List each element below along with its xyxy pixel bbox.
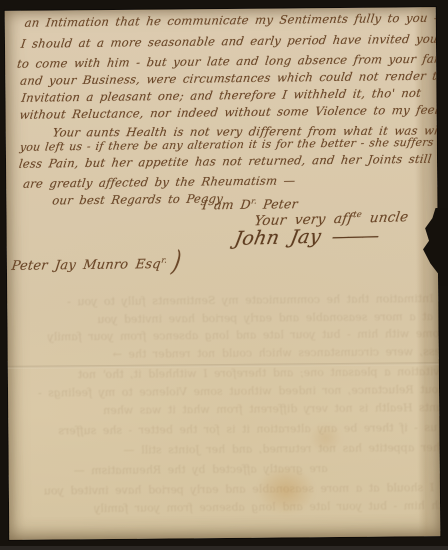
bleed-through-text: and your Business, were circumstances wh… (112, 344, 440, 361)
signature-flourish: ——— (330, 226, 379, 247)
letter-line: are greatly affected by the Rheumatism — (22, 173, 296, 190)
regards-line: our best Regards to Peggy (51, 191, 224, 207)
closing-line: I am Dr. Peter (201, 196, 298, 212)
bleed-through-text: I should at a more seasonable and early … (43, 481, 435, 497)
letter-line: an Intimation that he communicate my Sen… (24, 11, 439, 30)
letter-line: less Pain, but her appetite has not retu… (18, 152, 440, 171)
bleed-through-text: I should at a more seasonable and early … (97, 310, 441, 326)
letter-line: Invitation a pleasant one; and therefore… (21, 86, 422, 105)
bleed-through-text: an Intimation that he communicate my Sen… (66, 292, 440, 308)
signature-name: John Jay (233, 226, 323, 250)
address-superscript: r. (161, 256, 168, 265)
signature: John Jay ——— (233, 224, 380, 250)
address-text: Peter Jay Munro Esq (11, 257, 162, 274)
bleed-through-text: Your aunts Health is not very different … (102, 401, 440, 417)
letter-line: and your Business, were circumstances wh… (19, 68, 440, 87)
bleed-through-text: to come with him - but your late and lon… (47, 327, 441, 344)
closing-text: I am D (201, 197, 251, 213)
scan-mat-strip (0, 546, 448, 550)
letter-line: without Reluctance, nor indeed without s… (19, 102, 441, 122)
letter-line: to come with him - but your late and lon… (16, 51, 440, 70)
address-flourish: ) (170, 245, 184, 279)
bleed-through-text: less Pain, but her appetite has not retu… (123, 440, 441, 457)
scan-background: an Intimation that he communicate my Sen… (0, 0, 448, 550)
stain (257, 466, 315, 515)
letter-page: an Intimation that he communicate my Sen… (5, 7, 441, 540)
closing-text: Peter (256, 196, 299, 212)
bleed-through-text: you left us - if there be any alteration… (58, 421, 441, 438)
bleed-through-text: without Reluctance, nor indeed without s… (37, 383, 440, 400)
letter-line: I should at a more seasonable and early … (20, 32, 439, 51)
stain (308, 423, 342, 453)
address-line: Peter Jay Munro Esqr.) (10, 251, 182, 275)
